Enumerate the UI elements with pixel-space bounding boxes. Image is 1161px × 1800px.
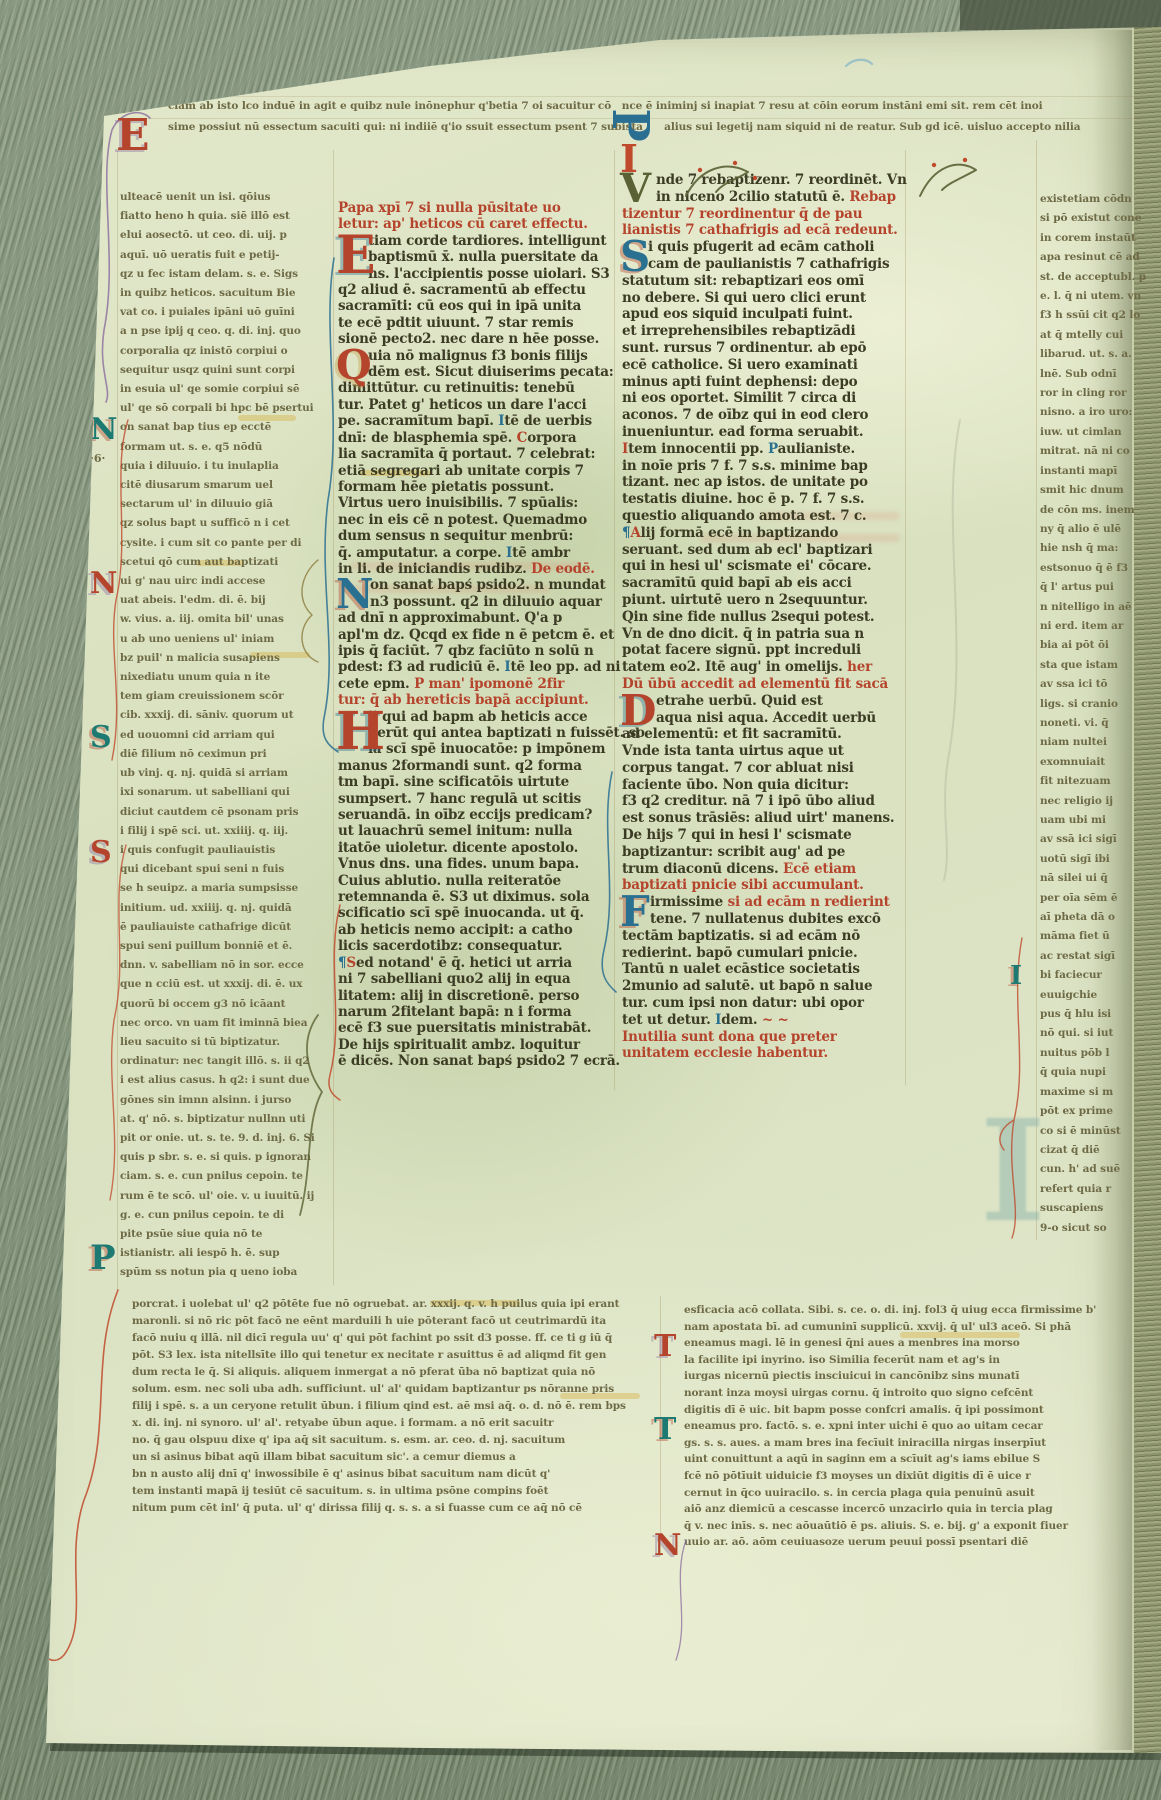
text-line: q̄ quia nupi <box>1040 1063 1152 1082</box>
ruling-line <box>117 150 118 1290</box>
text-line: tm bapī. sine scificatōis uirtute <box>338 774 610 790</box>
marginal-stray-mark: ·6· <box>90 452 105 465</box>
text-line: in esuia ul' qe somie corpiui sē <box>120 380 328 399</box>
text-line: g. e. cun pnilus cepoin. te di <box>120 1206 328 1225</box>
text-line: lieu sacuito si tū biptizatur. <box>120 1033 328 1052</box>
text-line: fcē nō pōtīuit uiduicie f3 moyses un dix… <box>684 1468 1154 1485</box>
text-line: estsonuo q̄ ē f3 <box>1040 559 1152 578</box>
text-line: pōt. S3 lex. ista nitellsīte illo qui te… <box>132 1347 672 1364</box>
text-line: un si asinus bibat aqū illam bibat sacui… <box>132 1449 672 1466</box>
text-line: tiam corde tardiores. intelligunt <box>338 233 610 249</box>
text-line: q̄ l' artus pui <box>1040 578 1152 597</box>
text-line: dimittūtur. cu retinuitis: tenebū <box>338 380 610 396</box>
text-line: Dū ūbū accedit ad elementū fit sacā <box>622 676 900 693</box>
text-line: ut lauachrū semel initum: nulla <box>338 823 610 839</box>
text-line: n3 possunt. q2 in diluuio aquar <box>338 594 610 610</box>
text-line: on sanat bap tius ep ecctē <box>120 418 328 437</box>
text-line: redierint. bapō cumulari pnicie. <box>622 945 900 962</box>
text-line: st. de acceptubl. p <box>1040 268 1152 287</box>
text-block-non-sanat: Non sanat bapś psido2. n mundatn3 possun… <box>338 577 610 708</box>
text-line: pit or onie. ut. s. te. 9. d. inj. 6. Si <box>120 1129 328 1148</box>
text-line: pus q̄ hlu isi <box>1040 1005 1152 1024</box>
illuminated-initial-Q: Q <box>336 345 372 386</box>
text-line: maronli. si nō ric pōt facō ne eēnt mard… <box>132 1313 672 1330</box>
gloss-block: Pistianistr. ali iespō h. ē. supspūm ss … <box>120 1244 328 1282</box>
gloss-block: ulteacē uenit un isi. qōiusfiatto heno h… <box>120 188 328 418</box>
text-line: bia ai pōt ōi <box>1040 636 1152 655</box>
text-line: qz u fec istam delam. s. e. Sigs <box>120 265 328 284</box>
illuminated-initial-N: N <box>90 415 117 445</box>
gloss-block: Teneamus magi. lē in genesi q̄ni aues a … <box>684 1335 1154 1418</box>
top-gloss-block: Eciam ab isto lco induē in agit e quibz … <box>168 96 1153 138</box>
text-block-hij: Hij qui ad bapm ab heticis acceperūt qui… <box>338 709 610 955</box>
text-line: ecē catholice. Si uero examinati <box>622 357 900 374</box>
text-line: porcrat. i uolebat ul' q2 pōtēte fue nō … <box>132 1296 672 1313</box>
text-line: questio aliquando amota est. 7 c. <box>622 508 900 525</box>
text-line: e. l. q̄ ni utem. vn <box>1040 287 1152 306</box>
text-line: sime possiut nū essectum sacuiti qui: ni… <box>168 117 1153 138</box>
text-line: ligs. si cranio <box>1040 695 1152 714</box>
text-line: aconos. 7 de oībz qui in eod clero <box>622 407 900 424</box>
text-line: fit nitezuam <box>1040 772 1152 791</box>
text-line: ror in cling ror <box>1040 384 1152 403</box>
text-line: dum sensus n sequitur menbrū: <box>338 528 610 544</box>
text-line: retemnanda ē. S3 ut diximus. sola <box>338 889 610 905</box>
text-line: licis sacerdotibz: consequatur. <box>338 938 610 954</box>
text-line: x. di. inj. ni synoro. ul' al'. retyabe … <box>132 1415 672 1432</box>
text-line: i quis confugit pauliauistis <box>120 841 328 860</box>
text-line: eneamus pro. factō. s. e. xpni inter uic… <box>684 1418 1154 1435</box>
text-line: quia i diluuio. i tu inulaplia <box>120 457 328 476</box>
text-line: baptizantur: scribit aug' ad pe <box>622 844 900 861</box>
ruling-line <box>333 150 334 1285</box>
text-line: ni eos oportet. Similit 7 circa di <box>622 390 900 407</box>
text-line: ordinatur: nec tangit illō. s. ii q2 <box>120 1052 328 1071</box>
text-line: dnn. v. sabelliam nō in sor. ecce <box>120 956 328 975</box>
folio-mark-top: P <box>607 94 651 156</box>
text-line: filij i spē. s. a un ceryone retulit ūbu… <box>132 1398 672 1415</box>
rubric-inutilia: Inutilia sunt dona que preterunitatem ec… <box>622 1029 900 1063</box>
text-block-etiam: Etiam corde tardiores. intelliguntbaptis… <box>338 233 610 348</box>
text-line: litatem: alij in discretionē. perso <box>338 988 610 1004</box>
text-line: formam hēe pietatis possunt. <box>338 479 610 495</box>
text-line: aiō anz diemicū a cescasse incercō unzac… <box>684 1501 1154 1518</box>
text-line: digitis dī ē uic. bit bapm posse confcri… <box>684 1402 1154 1419</box>
text-line: uotū sigī ibi <box>1040 850 1152 869</box>
text-line: ¶Alij formā ecē in baptizando <box>622 525 900 542</box>
text-line: tatem eo2. Itē aug' in omelijs. her <box>622 659 900 676</box>
text-line: euuigchie <box>1040 986 1152 1005</box>
text-line: Qin sine fide nullus 2sequi potest. <box>622 609 900 626</box>
text-block-alij: ¶Alij formā ecē in baptizandoseruant. se… <box>622 525 900 693</box>
text-line: nam apostata bī. ad cumuninī supplicū. x… <box>684 1319 1154 1336</box>
text-line: istianistr. ali iespō h. ē. sup <box>120 1244 328 1263</box>
text-line: niam nultei <box>1040 733 1152 752</box>
text-line: baptizati pnicie sibi accumulant. <box>622 877 900 894</box>
text-line: Papa xpī 7 si nulla pūsitate uo <box>338 200 610 216</box>
text-line: ns. l'accipientis posse uiolari. S3 <box>338 266 610 282</box>
text-line: av ssa ici tō <box>1040 675 1152 694</box>
text-line: rum ē te scō. ul' oie. v. u iuuitū. ij <box>120 1187 328 1206</box>
text-line: solum. esm. nec soli uba adh. sufficiunt… <box>132 1381 672 1398</box>
text-line: gs. s. s. aues. a mam bres ina fecīuit i… <box>684 1435 1154 1452</box>
text-line: formam ut. s. e. q5 nōdū <box>120 438 328 457</box>
text-line: uuio ar. aō. aōm ceuiuasoze uerum peuui … <box>684 1534 1154 1551</box>
text-line: cib. xxxij. di. sāniv. quorum ut <box>120 706 328 725</box>
right-margin-gloss: existetiam cōdnsi pō existut conein core… <box>1040 190 1152 1238</box>
text-line: in li. de iniciandis rudibz. De eodē. <box>338 561 610 577</box>
text-line: vat co. i puiales ipāni uō guīni <box>120 303 328 322</box>
text-line: seruant. sed dum ab ecl' baptizari <box>622 542 900 559</box>
text-line: ¶Sed notand' ē q̄. hetici ut arria <box>338 955 610 971</box>
text-line: tem instanti mapā ij tesiūt cē sacuitum.… <box>132 1483 672 1500</box>
text-line: uat abeis. l'edm. di. ē. bij <box>120 591 328 610</box>
illuminated-initial-N: N <box>654 1531 681 1561</box>
text-line: diē filium nō ceximun pri <box>120 745 328 764</box>
text-line: faciente ūbo. Non quia dicitur: <box>622 777 900 794</box>
text-line: hie nsh q̄ ma: <box>1040 539 1152 558</box>
text-line: ac restat sigī <box>1040 947 1152 966</box>
show-through-initial: I <box>980 1090 1046 1254</box>
text-block-detrahe: Detrahe uerbū. Quid estaqua nisi aqua. A… <box>622 693 900 895</box>
text-line: on sanat bapś psido2. n mundat <box>338 577 610 593</box>
text-line: cun. h' ad suē <box>1040 1160 1152 1179</box>
text-line: av ssā ici sigī <box>1040 830 1152 849</box>
illuminated-initial-P: P <box>90 1241 115 1275</box>
illuminated-initial-I: I <box>1010 963 1022 989</box>
text-line: Tantū n ualet ecāstice societatis <box>622 961 900 978</box>
text-line: scificatio scī spē inuocanda. ut q̄. <box>338 905 610 921</box>
text-line: in quibz heticos. sacuitum Bie <box>120 284 328 303</box>
text-line: elui aosectō. ut ceo. di. uij. p <box>120 226 328 245</box>
text-line: sectarum ul' in diluuio giā <box>120 495 328 514</box>
text-line: sumpsert. 7 hanc regulā ut scitis <box>338 791 610 807</box>
text-line: facō nuiu q illā. nil dicī regula uu' q'… <box>132 1330 672 1347</box>
text-line: piunt. uirtutē uero n 2sequuntur. <box>622 592 900 609</box>
text-line: Vn de dno dicit. q̄ in patria sua n <box>622 626 900 643</box>
text-line: ul' qe sō corpali bi hpc bē psertui <box>120 399 328 418</box>
text-line: baptismū x̄. nulla puersitate da <box>338 249 610 265</box>
text-line: ed uouomni cid arriam qui <box>120 726 328 745</box>
text-line: scetui qō cum aut baptizati <box>120 553 328 572</box>
text-line: noneti. vi. q̄ <box>1040 714 1152 733</box>
text-line: etiā segregari ab unitate corpis 7 <box>338 463 610 479</box>
text-line: q2 aliud ē. sacramentū ab effectu <box>338 282 610 298</box>
text-line: 2munio ad salutē. ut bapō n salue <box>622 978 900 995</box>
text-line: Vnus dns. una fides. unum bapa. <box>338 856 610 872</box>
text-line: lianistis 7 cathafrigis ad ecā redeunt. <box>622 222 900 239</box>
text-line: mitrat. nā ni co <box>1040 442 1152 461</box>
text-line: māma fiet ū <box>1040 927 1152 946</box>
gloss-block: esficacia acō collata. Sibi. s. ce. o. d… <box>684 1302 1154 1335</box>
text-line: si pō existut cone <box>1040 209 1152 228</box>
illuminated-initial-S: S <box>620 236 650 278</box>
text-line: irmissime si ad ecām n redierint <box>622 894 900 911</box>
text-block-sed-notandum: ¶Sed notand' ē q̄. hetici ut arriani 7 s… <box>338 955 610 1070</box>
gloss-block: Si quis confugit pauliauistisqui diceban… <box>120 841 328 1244</box>
text-line: suscapiens <box>1040 1199 1152 1218</box>
text-line: aqua nisi aqua. Accedit uerbū <box>622 710 900 727</box>
text-line: a n pse ipij q ceo. q. di. inj. quo <box>120 322 328 341</box>
text-line: potat facere signū. ppt increduli <box>622 642 900 659</box>
text-line: pe. sacramītum bapī. Itē de uerbis <box>338 413 610 429</box>
text-line: nec religio ij <box>1040 792 1152 811</box>
text-line: cizat q̄ diē <box>1040 1141 1152 1160</box>
text-line: Vnde ista tanta uirtus aque ut <box>622 743 900 760</box>
text-line: no. q̄ gau olspuu dixe q' ipa aq̄ sit sa… <box>132 1432 672 1449</box>
text-line: ny q̄ alio ē ulē <box>1040 520 1152 539</box>
text-line: no debere. Si qui uero clici erunt <box>622 290 900 307</box>
text-line: uint conuittunt a aqū in saginn em a scī… <box>684 1451 1154 1468</box>
text-line: 9-o sicut so <box>1040 1219 1152 1238</box>
text-line: nō qui. si iut <box>1040 1024 1152 1043</box>
top-gloss: Eciam ab isto lco induē in agit e quibz … <box>168 96 1153 138</box>
text-line: ixi sonarum. ut sabelliani qui <box>120 783 328 802</box>
text-line: Virtus uero inuisibilis. 7 spūalis: <box>338 495 610 511</box>
text-line: spūm ss notun pia q ueno ioba <box>120 1263 328 1282</box>
text-line: ē pauliauiste cathafrige dicūt <box>120 918 328 937</box>
illuminated-initial-E: E <box>116 114 149 158</box>
text-line: corpus tangat. 7 cor abluat nisi <box>622 760 900 777</box>
illuminated-initial-T: T <box>654 1415 676 1445</box>
text-block-firmissime: Firmissime si ad ecām n redierinttene. 7… <box>622 894 900 1028</box>
text-line: ab heticis nemo accipit: a catho <box>338 922 610 938</box>
text-line: i est alius casus. h q2: i sunt due <box>120 1071 328 1090</box>
text-line: qui dicebant spui seni n fuis <box>120 860 328 879</box>
text-line: pite psūe siue quia nō te <box>120 1225 328 1244</box>
gloss-block: Sed uouomni cid arriam quidiē filium nō … <box>120 726 328 841</box>
illuminated-initial-D: D <box>620 690 656 732</box>
text-line: nde 7 rebaptizenr. 7 reordinēt. Vn <box>622 172 900 189</box>
text-line: inueniuntur. ead forma seruabit. <box>622 424 900 441</box>
illuminated-initial-E: E <box>336 230 375 282</box>
text-line: cernut in q̄co uuiracilo. s. in cercia p… <box>684 1485 1154 1502</box>
text-line: cete epm. P man' ipomonē 2fir <box>338 676 610 692</box>
text-line: sacramīti: cū eos qui in ipā unita <box>338 298 610 314</box>
text-line: norant inza moysi uirgas cornu. q̄ intro… <box>684 1385 1154 1402</box>
text-line: iuw. ut cimlan <box>1040 423 1152 442</box>
text-line: maxime si m <box>1040 1083 1152 1102</box>
text-line: sionē pecto2. nec dare n hēe posse. <box>338 331 610 347</box>
gloss-block: Teneamus pro. factō. s. e. xpni inter ui… <box>684 1418 1154 1534</box>
text-line: qz solus bapt u sufficō n i cet <box>120 514 328 533</box>
text-line: la facilite ipi inyrino. iso Similia fec… <box>684 1352 1154 1369</box>
text-line: smit hic dnum <box>1040 481 1152 500</box>
text-line: trum diaconū dicens. Ecē etiam <box>622 861 900 878</box>
center-text-column: Papa xpī 7 si nulla pūsitate uoletur: ap… <box>338 200 610 1070</box>
text-line: refert quia r <box>1040 1180 1152 1199</box>
text-line: esficacia acō collata. Sibi. s. ce. o. d… <box>684 1302 1154 1319</box>
text-line: Cuius ablutio. nulla reiteratōe <box>338 873 610 889</box>
text-line: cysite. i cum sit co pante per di <box>120 534 328 553</box>
text-line: initium. ud. xxiiij. q. nj. quidā <box>120 899 328 918</box>
text-line: uia nō malignus f3 bonis filijs <box>338 348 610 364</box>
ruling-line <box>614 150 615 1090</box>
text-block-vnde: Vnde 7 rebaptizenr. 7 reordinēt. Vnin ni… <box>622 172 900 239</box>
illuminated-initial-H: H <box>336 706 385 758</box>
book-spine-shadow <box>960 0 1161 30</box>
text-block-item-innocentii: Item innocentii pp. Paulianiste.in noīe … <box>622 441 900 525</box>
text-line: seruandā. in oībz eccijs predicam? <box>338 807 610 823</box>
text-line: q̄. amputatur. a corpe. Itē ambr <box>338 545 610 561</box>
text-line: libarud. ut. s. a. <box>1040 345 1152 364</box>
text-line: nuitus pōb l <box>1040 1044 1152 1063</box>
text-line: existetiam cōdn <box>1040 190 1152 209</box>
text-line: tectām baptizatis. si ad ecām nō <box>622 928 900 945</box>
text-line: minus apti fuint dephensi: depo <box>622 374 900 391</box>
text-line: lia sacramīta q̄ portaut. 7 celebrat: <box>338 446 610 462</box>
text-line: lnē. Sub odnī <box>1040 365 1152 384</box>
text-line: pdest: f3 ad rudiciū ē. Itē leo pp. ad n… <box>338 659 610 675</box>
text-line: nec orco. vn uam fit iminnā biea <box>120 1014 328 1033</box>
gloss-block: existetiam cōdnsi pō existut conein core… <box>1040 190 1152 966</box>
ruling-line <box>905 150 906 1085</box>
text-line: ecē f3 sue puersitatis ministrabāt. <box>338 1020 610 1036</box>
text-line: ad elementū: et fit sacramītū. <box>622 726 900 743</box>
text-line: diciut cautdem cē psonam pris <box>120 803 328 822</box>
text-line: instanti mapī <box>1040 462 1152 481</box>
text-line: apa resinut cē ad <box>1040 248 1152 267</box>
text-line: q̄ v. nec inīs. s. nec aōuaūtiō ē ps. al… <box>684 1518 1154 1535</box>
bottom-right-gloss: esficacia acō collata. Sibi. s. ce. o. d… <box>684 1302 1154 1551</box>
text-line: sequitur usqz quini sunt corpi <box>120 361 328 380</box>
folio-mark: P I <box>598 106 660 174</box>
right-text-column: Vnde 7 rebaptizenr. 7 reordinēt. Vnin ni… <box>622 172 900 1062</box>
left-margin-gloss: ulteacē uenit un isi. qōiusfiatto heno h… <box>120 188 328 1283</box>
text-line: dēm est. Sicut diuiserims pecata: <box>338 364 610 380</box>
text-line: nā silei ui q̄ <box>1040 869 1152 888</box>
text-line: ipis q̄ faciūt. 7 qbz faciūto n solū n <box>338 643 610 659</box>
text-line: statutum sit: rebaptizari eos omī <box>622 273 900 290</box>
text-line: ulteacē uenit un isi. qōius <box>120 188 328 207</box>
text-line: f3 q2 creditur. nā 7 i ipō ūbo aliud <box>622 793 900 810</box>
text-line: bi faciecur <box>1040 966 1152 985</box>
text-line: qui in hesi ul' scismate ei' cōcare. <box>622 558 900 575</box>
text-line: u ab uno ueniens ul' iniam <box>120 630 328 649</box>
text-line: ub vinj. q. nj. quidā si arriam <box>120 764 328 783</box>
manuscript-page: I P I <box>0 0 1161 1800</box>
text-line: ui g' nau uirc indi accese <box>120 572 328 591</box>
ruling-line <box>1036 140 1037 1240</box>
text-line: Item innocentii pp. Paulianiste. <box>622 441 900 458</box>
text-line: exomnuiait <box>1040 753 1152 772</box>
text-line: cam de paulianistis 7 cathafrigis <box>622 256 900 273</box>
text-line: apud eos siquid inculpati fuint. <box>622 306 900 323</box>
illuminated-initial-S: S <box>90 838 112 868</box>
text-line: tet ut detur. Idem. ~ ~ <box>622 1012 900 1029</box>
text-line: per oīa sēm ē <box>1040 889 1152 908</box>
text-line: gōnes sin imnn alsinn. i jurso <box>120 1091 328 1110</box>
text-line: in niceno 2cilio statutū ē. Rebap <box>622 189 900 206</box>
text-line: bn n austo alij dnī q' inwossibile ē q' … <box>132 1466 672 1483</box>
text-line: tur. Patet g' heticos un dare l'acci <box>338 397 610 413</box>
text-line: quis p sbr. s. e. si quis. p ignoran <box>120 1148 328 1167</box>
text-line: dum recta le q̄. Si aliquis. aliquem inm… <box>132 1364 672 1381</box>
text-line: de cōn ms. inem <box>1040 501 1152 520</box>
text-line: tene. 7 nullatenus dubites excō <box>622 911 900 928</box>
text-line: bz puil' n malicia susapiens <box>120 649 328 668</box>
illuminated-initial-T: T <box>654 1332 676 1362</box>
text-line: in corem instaūt <box>1040 229 1152 248</box>
text-line: pōt ex prime <box>1040 1102 1152 1121</box>
illuminated-initial-F: F <box>620 891 650 933</box>
text-block-si-quis: Si quis pfugerit ad ecām catholicam de p… <box>622 239 900 441</box>
text-line: at. q' nō. s. biptizatur nullnn uti <box>120 1110 328 1129</box>
text-line: i quis pfugerit ad ecām catholi <box>622 239 900 256</box>
text-line: De hijs 7 qui in hesi l' scismate <box>622 827 900 844</box>
illuminated-initial-N: N <box>336 574 373 615</box>
text-line: te ecē pdtit uiuunt. 7 star remis <box>338 315 610 331</box>
text-line: apl'm dz. Qcqd ex fide n ē petcm ē. et <box>338 627 610 643</box>
gloss-block: porcrat. i uolebat ul' q2 pōtēte fue nō … <box>132 1296 672 1517</box>
gloss-block: Ibi faciecureuuigchiepus q̄ hlu isinō qu… <box>1040 966 1152 1238</box>
text-line: f3 h ssūi cit q2 lo <box>1040 306 1152 325</box>
text-line: unitatem ecclesie habentur. <box>622 1045 900 1062</box>
text-line: ē dicēs. Non sanat bapś psido2 7 ecrā. <box>338 1053 610 1069</box>
text-line: iurgas nicernū piectis insciuicui in can… <box>684 1368 1154 1385</box>
text-line: ciam. s. e. cun pnilus cepoin. te <box>120 1167 328 1186</box>
text-line: nixediatu unum quia n ite <box>120 668 328 687</box>
text-line: eneamus magi. lē in genesi q̄ni aues a m… <box>684 1335 1154 1352</box>
text-line: citē diusarum smarum uel <box>120 476 328 495</box>
illuminated-initial-N: N <box>90 569 117 599</box>
text-line: que n cciū est. ut xxxij. di. ē. ux <box>120 975 328 994</box>
text-line: et irreprehensibiles rebaptizādi <box>622 323 900 340</box>
text-line: nisno. a iro uro: <box>1040 403 1152 422</box>
text-line: sacramītū quid bapī ab eis acci <box>622 575 900 592</box>
text-block-quia: Quia nō malignus f3 bonis filijsdēm est.… <box>338 348 610 578</box>
text-line: sunt. rursus 7 ordinentur. ab epō <box>622 340 900 357</box>
gloss-block: Nuuio ar. aō. aōm ceuiuasoze uerum peuui… <box>684 1534 1154 1551</box>
text-line: tizentur 7 reordinentur q̄ de pau <box>622 206 900 223</box>
illuminated-initial-S: S <box>90 723 112 753</box>
text-line: dnī: de blasphemia spē. Corpora <box>338 430 610 446</box>
text-line: corporalia qz inistō corpiui o <box>120 342 328 361</box>
text-line: n nitelligo in aē <box>1040 598 1152 617</box>
gloss-block: Nui g' nau uirc indi acceseuat abeis. l'… <box>120 572 328 726</box>
text-line: ciam ab isto lco induē in agit e quibz n… <box>168 96 1153 117</box>
text-line: ad dnī n approximabunt. Q'a p <box>338 610 610 626</box>
bottom-left-gloss: porcrat. i uolebat ul' q2 pōtēte fue nō … <box>132 1296 672 1517</box>
text-line: tizant. nec ap istos. de unitate po <box>622 474 900 491</box>
text-line: tem giam creuissionem scōr <box>120 687 328 706</box>
text-line: quorū bi occem g3 nō icāant <box>120 995 328 1014</box>
text-line: tur. cum ipsi non datur: ubi opor <box>622 995 900 1012</box>
text-line: Inutilia sunt dona que preter <box>622 1029 900 1046</box>
text-line: letur: ap' heticos cū caret effectu. <box>338 216 610 232</box>
text-line: in noīe pris 7 f. 7 s.s. minime bap <box>622 458 900 475</box>
gloss-block: Non sanat bap tius ep ecctēformam ut. s.… <box>120 418 328 572</box>
text-line: De hijs spiritualit ambz. loquitur <box>338 1037 610 1053</box>
text-line: aī pheta dā o <box>1040 908 1152 927</box>
text-line: uam ubi mi <box>1040 811 1152 830</box>
text-line: nitum pum cēt inl' q̄ puta. ul' q' diris… <box>132 1500 672 1517</box>
text-line: sta que istam <box>1040 656 1152 675</box>
text-line: itatōe uioletur. dicente apostolo. <box>338 840 610 856</box>
text-line: ni erd. item ar <box>1040 617 1152 636</box>
text-line: ni 7 sabelliani quo2 alij in equa <box>338 971 610 987</box>
text-line: fiatto heno h quia. siē illō est <box>120 207 328 226</box>
text-line: nec in eis cē n potest. Quemadmo <box>338 512 610 528</box>
text-line: testatis diuine. hoc ē p. 7 f. 7 s.s. <box>622 491 900 508</box>
text-line: spui seni puillum bonniē et ē. <box>120 937 328 956</box>
text-line: i filij i spē sci. ut. xxiiij. q. iij. <box>120 822 328 841</box>
text-line: aquī. uō ueratis fuit e petij- <box>120 246 328 265</box>
text-line: narum 2fitelant bapā: n i forma <box>338 1004 610 1020</box>
text-line: co si ē minūst <box>1040 1122 1152 1141</box>
text-line: etrahe uerbū. Quid est <box>622 693 900 710</box>
text-line: est sonus trāsiēs: aliud uirt' manens. <box>622 810 900 827</box>
